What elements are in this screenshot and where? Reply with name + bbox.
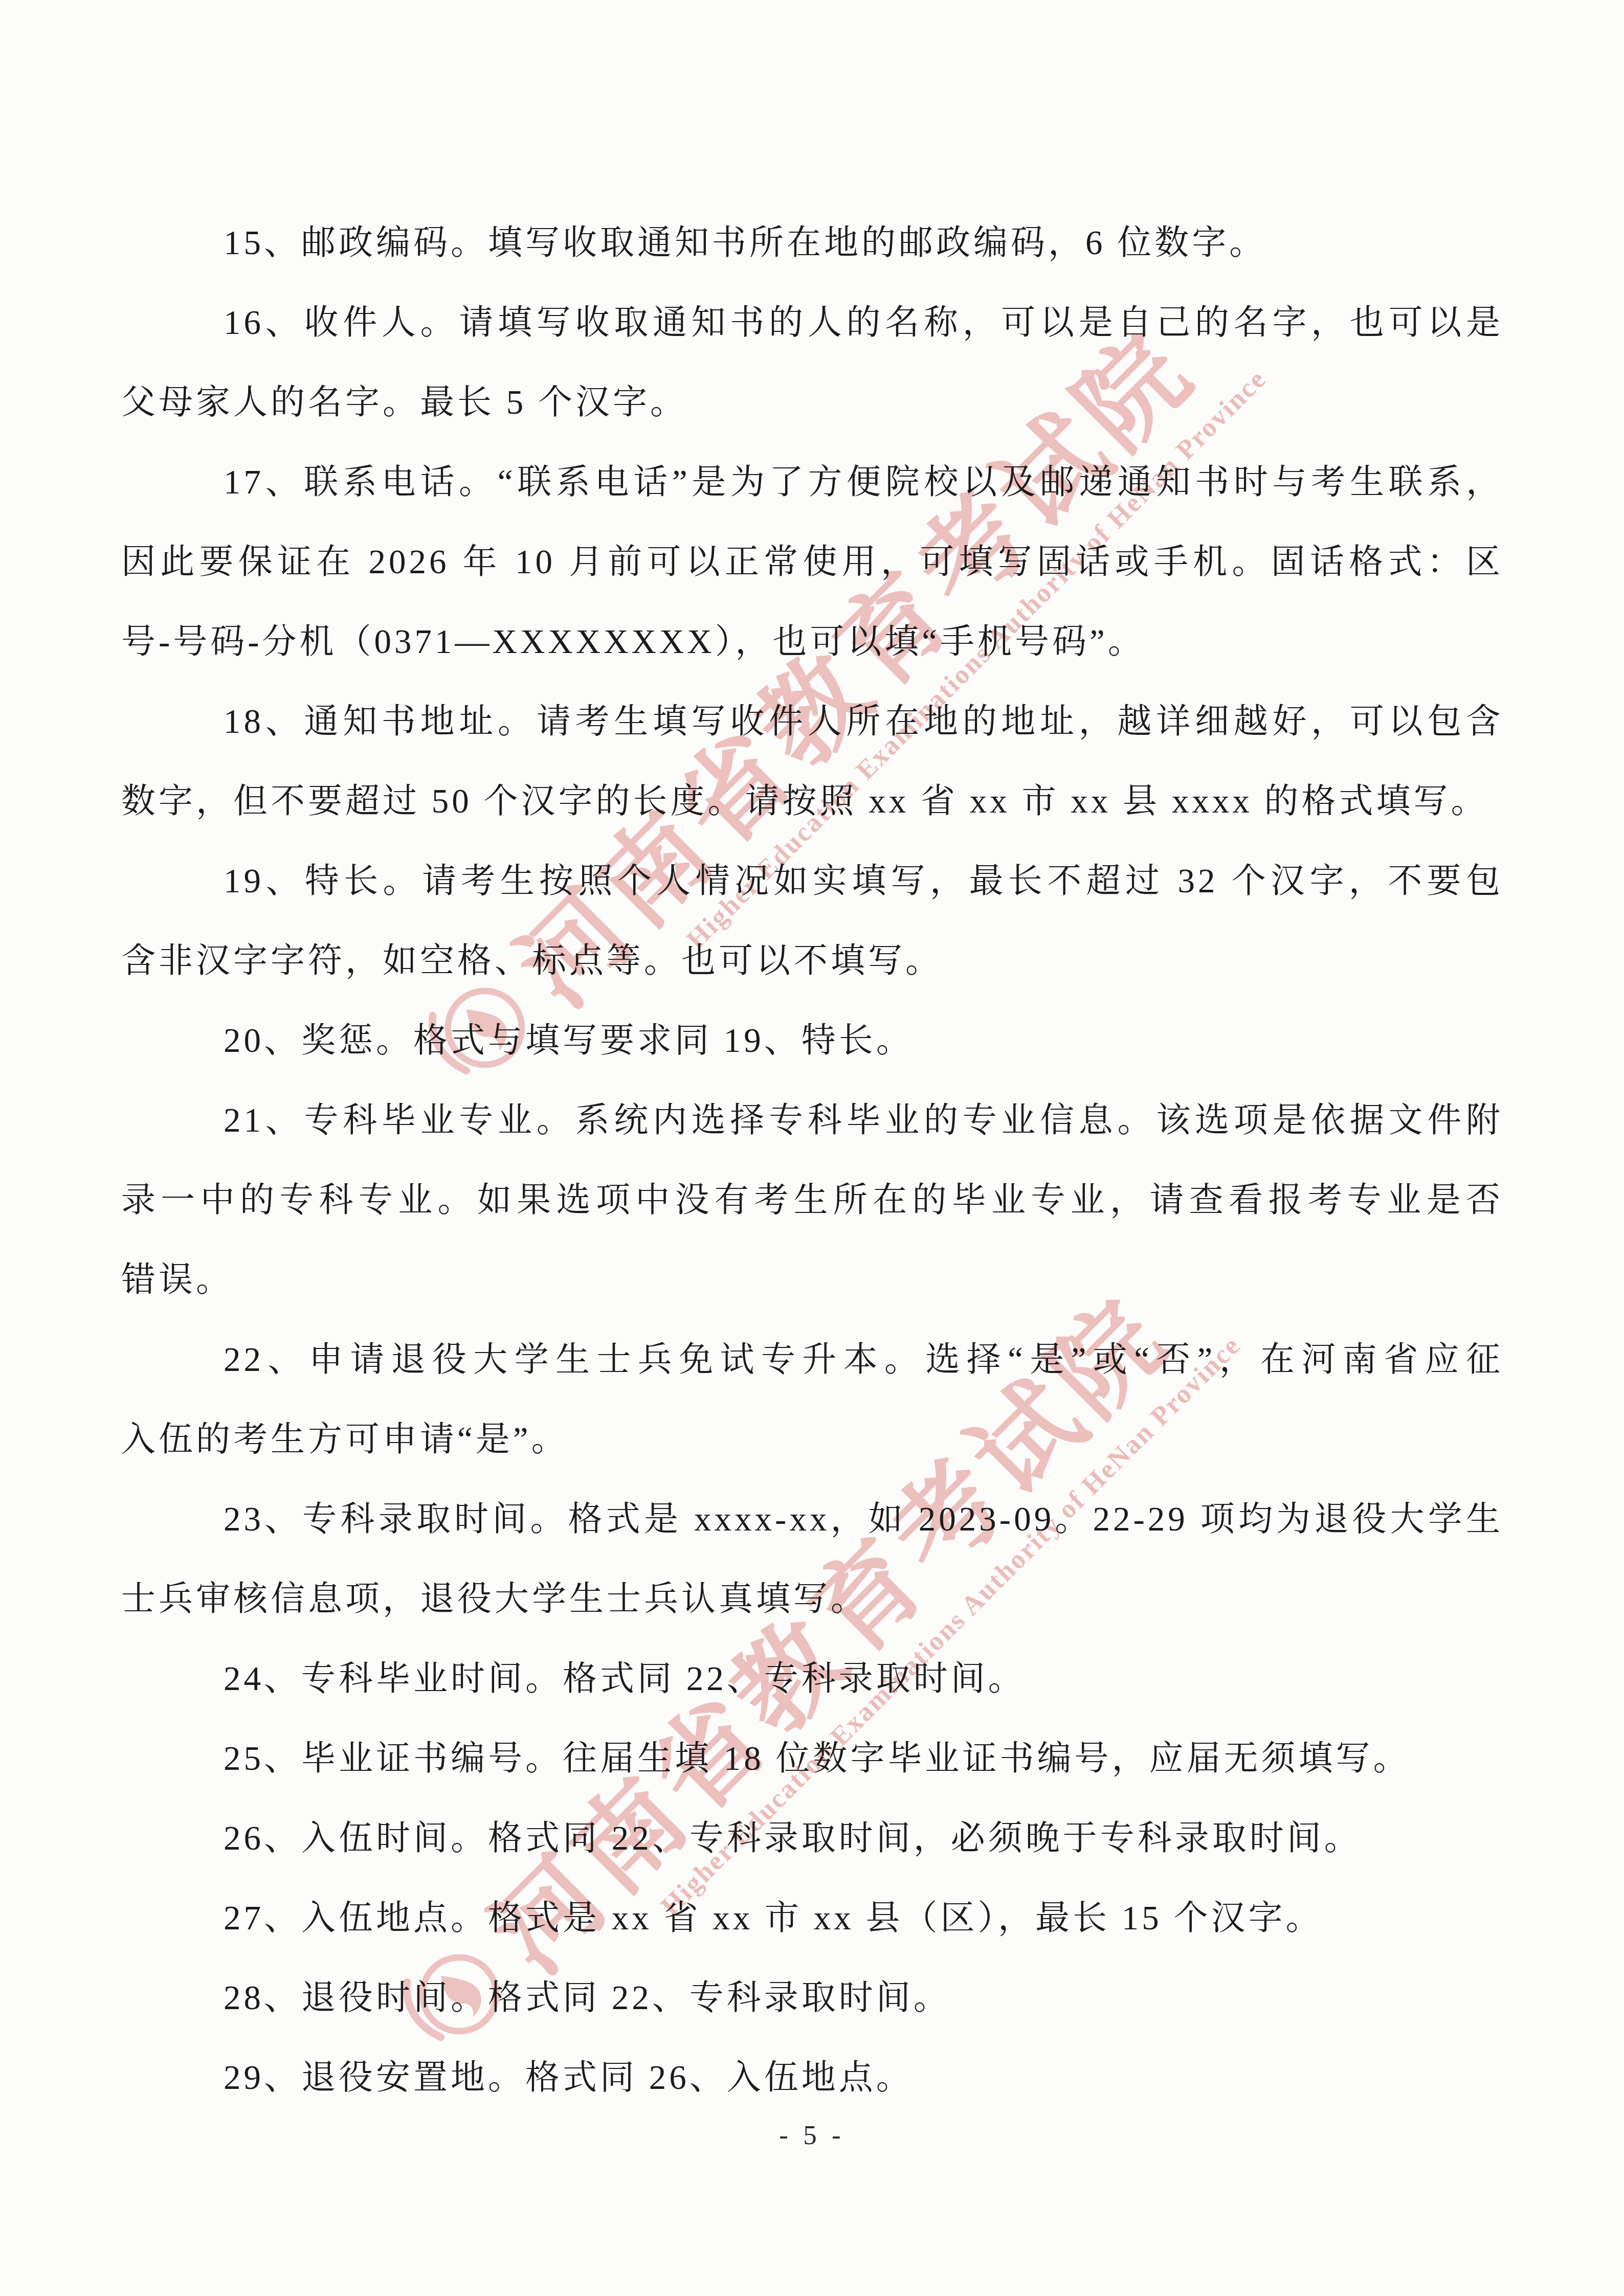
text-line: 20、奖惩。格式与填写要求同 19、特长。 xyxy=(121,1001,1503,1081)
paragraph: 26、入伍时间。格式同 22、专科录取时间，必须晚于专科录取时间。 xyxy=(121,1798,1503,1878)
text-line: 15、邮政编码。填写收取通知书所在地的邮政编码，6 位数字。 xyxy=(121,203,1503,283)
text-line: 29、退役安置地。格式同 26、入伍地点。 xyxy=(121,2038,1503,2118)
text-line: 16、收件人。请填写收取通知书的人的名称，可以是自己的名字，也可以是 xyxy=(121,283,1503,363)
text-line: 27、入伍地点。格式是 xx 省 xx 市 xx 县（区），最长 15 个汉字。 xyxy=(121,1878,1503,1958)
paragraph: 15、邮政编码。填写收取通知书所在地的邮政编码，6 位数字。 xyxy=(121,203,1503,283)
text-line: 错误。 xyxy=(121,1240,1503,1320)
text-line: 19、特长。请考生按照个人情况如实填写，最长不超过 32 个汉字，不要包 xyxy=(121,841,1503,921)
scanned-document-page: 河南省教育考试院 Higher Education Examinations A… xyxy=(0,0,1624,2296)
paragraph: 19、特长。请考生按照个人情况如实填写，最长不超过 32 个汉字，不要包含非汉字… xyxy=(121,841,1503,1001)
text-line: 含非汉字字符，如空格、标点等。也可以不填写。 xyxy=(121,921,1503,1001)
text-line: 26、入伍时间。格式同 22、专科录取时间，必须晚于专科录取时间。 xyxy=(121,1798,1503,1878)
text-line: 18、通知书地址。请考生填写收件人所在地的地址，越详细越好，可以包含 xyxy=(121,682,1503,761)
text-line: 数字，但不要超过 50 个汉字的长度。请按照 xx 省 xx 市 xx 县 xx… xyxy=(121,761,1503,841)
paragraph: 24、专科毕业时间。格式同 22、专科录取时间。 xyxy=(121,1639,1503,1719)
paragraph: 20、奖惩。格式与填写要求同 19、特长。 xyxy=(121,1001,1503,1081)
text-line: 23、专科录取时间。格式是 xxxx-xx，如 2023-09。22-29 项均… xyxy=(121,1479,1503,1559)
text-line: 22、申请退役大学生士兵免试专升本。选择“是”或“否”，在河南省应征 xyxy=(121,1320,1503,1400)
text-line: 录一中的专科专业。如果选项中没有考生所在的毕业专业，请查看报考专业是否 xyxy=(121,1160,1503,1240)
paragraph: 17、联系电话。“联系电话”是为了方便院校以及邮递通知书时与考生联系，因此要保证… xyxy=(121,442,1503,682)
document-body: 15、邮政编码。填写收取通知书所在地的邮政编码，6 位数字。16、收件人。请填写… xyxy=(121,203,1503,2118)
paragraph: 22、申请退役大学生士兵免试专升本。选择“是”或“否”，在河南省应征入伍的考生方… xyxy=(121,1320,1503,1479)
paragraph: 29、退役安置地。格式同 26、入伍地点。 xyxy=(121,2038,1503,2118)
paragraph: 27、入伍地点。格式是 xx 省 xx 市 xx 县（区），最长 15 个汉字。 xyxy=(121,1878,1503,1958)
paragraph: 23、专科录取时间。格式是 xxxx-xx，如 2023-09。22-29 项均… xyxy=(121,1479,1503,1639)
paragraph: 25、毕业证书编号。往届生填 18 位数字毕业证书编号，应届无须填写。 xyxy=(121,1719,1503,1798)
page-number: - 5 - xyxy=(0,2120,1624,2151)
paragraph: 28、退役时间。格式同 22、专科录取时间。 xyxy=(121,1958,1503,2038)
text-line: 21、专科毕业专业。系统内选择专科毕业的专业信息。该选项是依据文件附 xyxy=(121,1081,1503,1160)
text-line: 士兵审核信息项，退役大学生士兵认真填写。 xyxy=(121,1559,1503,1639)
text-line: 号-号码-分机（0371—XXXXXXXX），也可以填“手机号码”。 xyxy=(121,602,1503,682)
paragraph: 21、专科毕业专业。系统内选择专科毕业的专业信息。该选项是依据文件附录一中的专科… xyxy=(121,1081,1503,1320)
text-line: 28、退役时间。格式同 22、专科录取时间。 xyxy=(121,1958,1503,2038)
text-line: 25、毕业证书编号。往届生填 18 位数字毕业证书编号，应届无须填写。 xyxy=(121,1719,1503,1798)
paragraph: 18、通知书地址。请考生填写收件人所在地的地址，越详细越好，可以包含数字，但不要… xyxy=(121,682,1503,841)
text-line: 17、联系电话。“联系电话”是为了方便院校以及邮递通知书时与考生联系， xyxy=(121,442,1503,522)
text-line: 父母家人的名字。最长 5 个汉字。 xyxy=(121,363,1503,442)
text-line: 因此要保证在 2026 年 10 月前可以正常使用，可填写固话或手机。固话格式：… xyxy=(121,522,1503,602)
text-line: 24、专科毕业时间。格式同 22、专科录取时间。 xyxy=(121,1639,1503,1719)
text-line: 入伍的考生方可申请“是”。 xyxy=(121,1400,1503,1479)
paragraph: 16、收件人。请填写收取通知书的人的名称，可以是自己的名字，也可以是父母家人的名… xyxy=(121,283,1503,442)
